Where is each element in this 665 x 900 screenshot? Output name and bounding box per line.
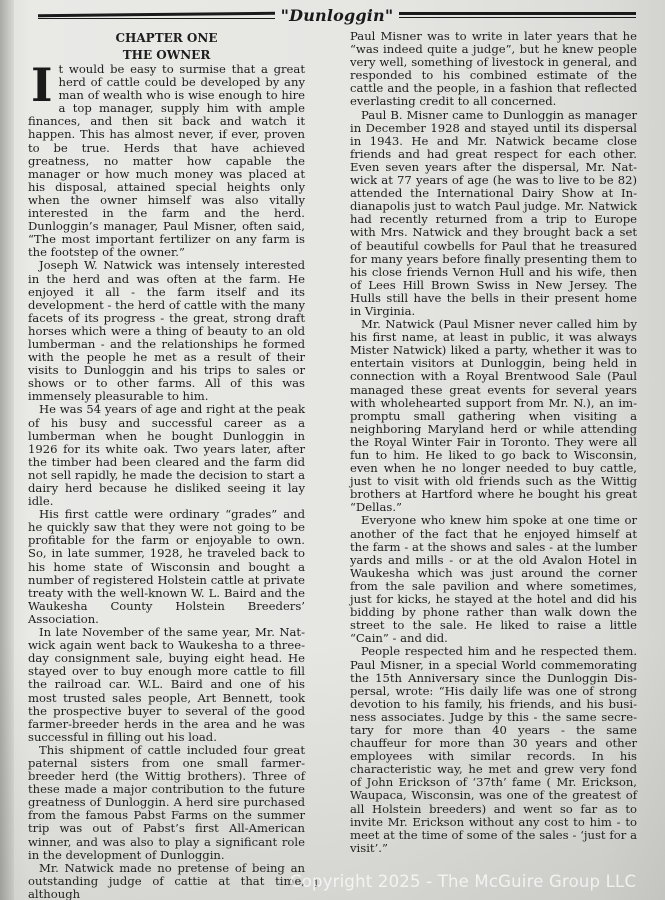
drop-cap: I bbox=[31, 66, 53, 104]
paragraph: This shipment of cattle included four gr… bbox=[28, 744, 305, 862]
paragraph: He was 54 years of age and right at the … bbox=[28, 403, 305, 508]
paragraph: Paul B. Misner came to Dunloggin as mana… bbox=[350, 109, 637, 319]
paragraph: Mr. Natwick (Paul Misner never called hi… bbox=[350, 318, 637, 514]
chapter-title: THE OWNER bbox=[28, 47, 305, 63]
paragraph-continued: Paul Misner was to write in later years … bbox=[350, 30, 637, 109]
paragraph: His first cattle were ordinary “grades” … bbox=[28, 508, 305, 626]
chapter-number: CHAPTER ONE bbox=[28, 30, 305, 47]
book-spine-shadow bbox=[0, 0, 14, 900]
paragraph: Joseph W. Natwick was intensely interest… bbox=[28, 259, 305, 403]
running-header: "Dunloggin" bbox=[38, 4, 636, 26]
right-column: Paul Misner was to write in later years … bbox=[350, 30, 637, 855]
header-rule-right bbox=[399, 10, 636, 20]
paragraph: In late November of the same year, Mr. N… bbox=[28, 626, 305, 744]
header-rule-left bbox=[38, 10, 275, 20]
running-title: "Dunloggin" bbox=[275, 6, 400, 25]
left-column: CHAPTER ONE THE OWNER It would be easy t… bbox=[28, 30, 305, 900]
paragraph: Mr. Natwick made no pretense of being an… bbox=[28, 862, 305, 900]
copyright-watermark: Copyright 2025 - The McGuire Group LLC bbox=[290, 872, 636, 891]
paragraph: Everyone who knew him spoke at one time … bbox=[350, 514, 637, 645]
paragraph: People respected him and he respected th… bbox=[350, 645, 637, 855]
paragraph: It would be easy to surmise that a great… bbox=[28, 63, 305, 259]
